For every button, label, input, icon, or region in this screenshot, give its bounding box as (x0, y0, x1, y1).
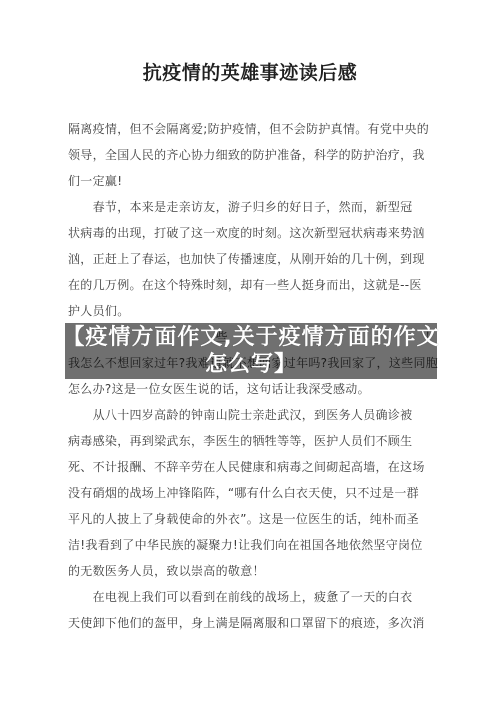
text-line: 没有硝烟的战场上冲锋陷阵，“哪有什么白衣天使，只不过是一群 (68, 480, 440, 506)
text-line: 怎么办?这是一位女医生说的话，这句话让我深受感动。 (68, 376, 440, 402)
text-line: 状病毒的出现，打破了这一欢度的时刻。这次新型冠状病毒来势汹 (68, 220, 440, 246)
text-line: 的无数医务人员，致以崇高的敬意！ (68, 558, 440, 584)
text-line: 汹，正赶上了春运，也加快了传播速度，从刚开始的几十例，到现 (68, 246, 440, 272)
text-line: 春节，本来是走亲访友，游子归乡的好日子，然而，新型冠 (68, 194, 440, 220)
text-line: 护人员们。 (68, 298, 440, 324)
text-line: 天使卸下他们的盔甲，身上满是隔离服和口罩留下的痕迹，多次消 (68, 610, 440, 636)
text-line: 死、不计报酬、不辞辛劳在人民健康和病毒之间砌起高墙，在这场 (68, 454, 440, 480)
document-page: 抗疫情的英雄事迹读后感 隔离疫情，但不会隔离爱;防护疫情，但不会防护真情。有党中… (0, 0, 500, 706)
text-line: 病毒感染，再到梁武东，李医生的牺牲等等，医护人员们不顾生 (68, 428, 440, 454)
text-line: 在电视上我们可以看到在前线的战场上，疲惫了一天的白衣 (68, 584, 440, 610)
text-line: 们一定赢! (68, 168, 440, 194)
text-line: 洁!我看到了中华民族的凝聚力!让我们向在祖国各地依然坚守岗位 (68, 532, 440, 558)
watermark-text-line-2: 怎么写】 (205, 351, 297, 378)
text-line: 平凡的人披上了身载使命的外衣”。这是一位医生的话，纯朴而圣 (68, 506, 440, 532)
text-line: 领导，全国人民的齐心协力细致的防护准备，科学的防护治疗，我 (68, 142, 440, 168)
document-title: 抗疫情的英雄事迹读后感 (0, 58, 500, 85)
watermark-overlay: 【疫情方面作文,关于疫情方面的作文 怎么写】 (65, 323, 437, 379)
text-line: 隔离疫情，但不会隔离爱;防护疫情，但不会防护真情。有党中央的 (68, 116, 440, 142)
text-line: 从八十四岁高龄的钟南山院士亲赴武汉，到医务人员确诊被 (68, 402, 440, 428)
text-line: 在的几万例。在这个特殊时刻，却有一些人挺身而出，这就是--医 (68, 272, 440, 298)
watermark-text-line-1: 【疫情方面作文,关于疫情方面的作文 (62, 324, 439, 351)
